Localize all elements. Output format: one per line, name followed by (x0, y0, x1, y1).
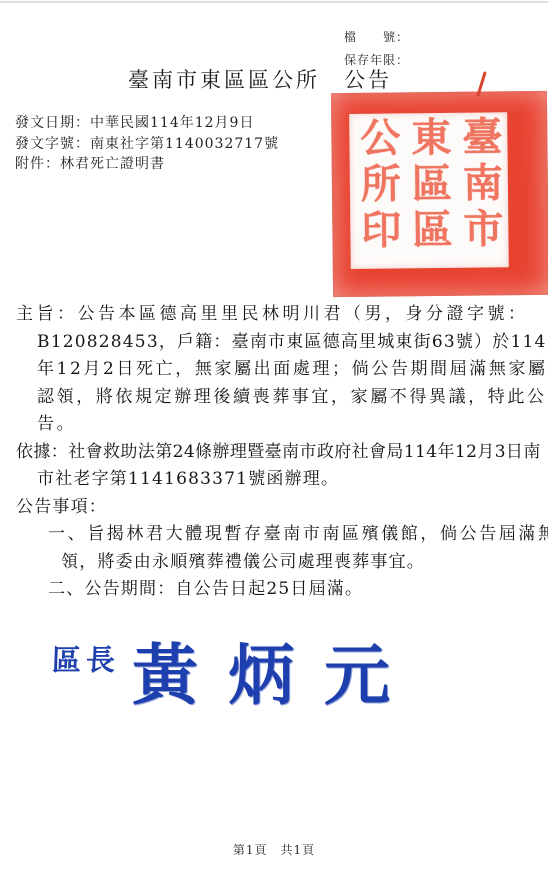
page-footer: 第1頁 共1頁 (0, 841, 548, 858)
subject-line: 主旨：公告本區德高里里民林明川君（男，身分證字號： (16, 301, 548, 329)
item-line: 一、旨揭林君大體現暫存臺南市南區殯儀館，倘公告屆滿無人認 (48, 521, 548, 549)
file-number-label: 檔 號： (344, 26, 409, 49)
basis-line: 依據：社會救助法第24條辦理暨臺南市政府社會局114年12月3日南 (16, 439, 548, 467)
item-line: 二、公告期間：自公告日起25日屆滿。 (48, 576, 548, 604)
chief-name-signature: 黃炳元 (132, 622, 420, 717)
basis-line: 市社老字第1141683371號函辦理。 (37, 466, 548, 494)
subject-line: 認領，將依規定辦理後續喪葬事宜，家屬不得異議，特此公 (37, 384, 548, 412)
seal-text: 臺南市東區區公所印 (352, 115, 507, 267)
chief-signature-stamp: 區長 黃炳元 (52, 622, 420, 717)
items-header: 公告事項： (16, 494, 548, 522)
document-meta: 發文日期：中華民國114年12月9日 發文字號：南東社字第1140032717號… (15, 113, 279, 175)
document-title: 臺南市東區區公所 公告 (0, 64, 520, 94)
seal-inner-square: 臺南市東區區公所印 (349, 112, 509, 269)
item-line: 領，將委由永順殯葬禮儀公司處理喪葬事宜。 (61, 549, 548, 577)
announcement-document: { "page": { "file_no_label": "檔 號：", "re… (0, 0, 548, 871)
subject-line: B120828453，戶籍：臺南市東區德高里城東街63號）於114 (37, 329, 548, 357)
attachment-line: 附件：林君死亡證明書 (15, 154, 279, 175)
subject-line: 告。 (37, 411, 548, 439)
chief-title: 區長 (51, 638, 120, 679)
doc-number-line: 發文字號：南東社字第1140032717號 (15, 134, 279, 155)
official-seal: 臺南市東區區公所印 (331, 91, 548, 297)
scan-edge-line (0, 1, 548, 3)
announcement-body: 主旨：公告本區德高里里民林明川君（男，身分證字號： B120828453，戶籍：… (16, 301, 548, 604)
issue-date-line: 發文日期：中華民國114年12月9日 (15, 113, 279, 134)
subject-line: 年12月2日死亡，無家屬出面處理；倘公告期間屆滿無家屬 (37, 356, 548, 384)
